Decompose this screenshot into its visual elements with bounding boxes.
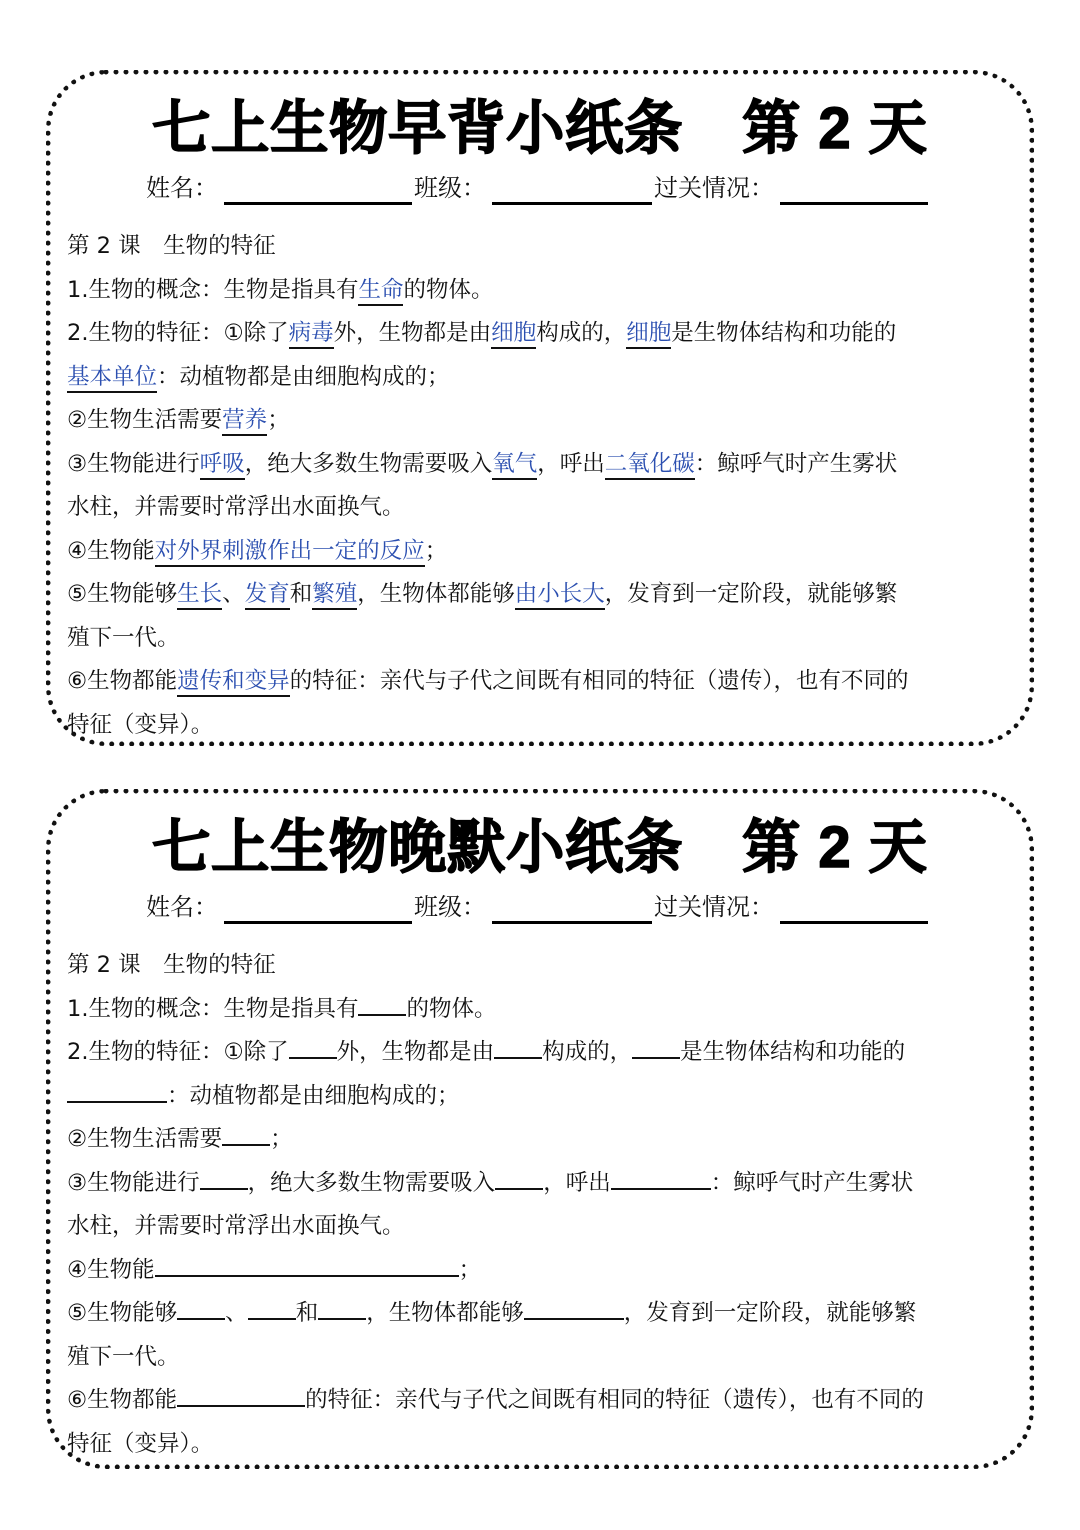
answer: 繁殖 <box>312 581 357 610</box>
evening-dictation-card: 七上生物晚默小纸条 第 2 天 姓名： 班级： 过关情况： 第 2 课 生物的特… <box>46 789 1034 1469</box>
answer: 对外界刺激作出一定的反应 <box>155 538 425 567</box>
text: ； <box>425 538 448 564</box>
morning-title: 七上生物早背小纸条 第 2 天 <box>51 89 1029 169</box>
text: ：动植物都是由细胞构成的； <box>157 364 450 390</box>
fill-blank[interactable] <box>177 1383 305 1407</box>
text: 1.生物的概念：生物是指具有 <box>67 277 358 303</box>
point-2-item-6-cont: 特征（变异）。 <box>67 704 1027 748</box>
fill-blank[interactable] <box>632 1035 680 1059</box>
text: 2.生物的特征：①除了 <box>67 320 289 346</box>
status-blank[interactable] <box>780 895 928 924</box>
text: 的特征：亲代与子代之间既有相同的特征（遗传），也有不同的 <box>305 1387 924 1413</box>
text: ④生物能 <box>67 538 155 564</box>
text: ； <box>459 1257 482 1283</box>
fill-blank[interactable] <box>611 1166 711 1190</box>
text: ，发育到一定阶段，就能够繁 <box>605 581 898 607</box>
fill-blank[interactable] <box>495 1166 543 1190</box>
answer: 遗传和变异 <box>177 668 290 697</box>
point-2-item-3: ③生物能进行，绝大多数生物需要吸入，呼出：鲸呼气时产生雾状 <box>67 1162 1027 1206</box>
status-blank[interactable] <box>780 176 928 205</box>
name-blank[interactable] <box>224 895 412 924</box>
class-blank[interactable] <box>492 895 652 924</box>
class-blank[interactable] <box>492 176 652 205</box>
point-2: 2.生物的特征：①除了病毒外，生物都是由细胞构成的，细胞是生物体结构和功能的 <box>67 312 1027 356</box>
text: ，生物体都能够 <box>357 581 515 607</box>
student-info-row: 姓名： 班级： 过关情况： <box>146 171 930 205</box>
evening-content: 第 2 课 生物的特征 1.生物的概念：生物是指具有的物体。 2.生物的特征：①… <box>67 944 1027 1466</box>
text: ； <box>267 407 290 433</box>
point-2-cont: 基本单位：动植物都是由细胞构成的； <box>67 356 1027 400</box>
answer: 呼吸 <box>200 451 245 480</box>
fill-blank[interactable] <box>67 1079 167 1103</box>
point-2-cont: ：动植物都是由细胞构成的； <box>67 1075 1027 1119</box>
point-2-item-3-cont: 水柱，并需要时常浮出水面换气。 <box>67 486 1027 530</box>
lesson-heading: 第 2 课 生物的特征 <box>67 944 1027 988</box>
text: ，呼出 <box>537 451 605 477</box>
fill-blank[interactable] <box>318 1296 366 1320</box>
fill-blank[interactable] <box>177 1296 225 1320</box>
class-label: 班级： <box>414 890 486 924</box>
text: 和 <box>290 581 313 607</box>
text: 的物体。 <box>403 277 493 303</box>
text: ，生物体都能够 <box>366 1300 524 1326</box>
point-2-item-6: ⑥生物都能的特征：亲代与子代之间既有相同的特征（遗传），也有不同的 <box>67 1379 1027 1423</box>
status-label: 过关情况： <box>654 890 774 924</box>
fill-blank[interactable] <box>155 1253 459 1277</box>
point-1: 1.生物的概念：生物是指具有生命的物体。 <box>67 269 1027 313</box>
text: ：动植物都是由细胞构成的； <box>167 1083 460 1109</box>
point-2-item-5: ⑤生物能够生长、发育和繁殖，生物体都能够由小长大，发育到一定阶段，就能够繁 <box>67 573 1027 617</box>
answer: 细胞 <box>491 320 536 349</box>
point-2-item-6: ⑥生物都能遗传和变异的特征：亲代与子代之间既有相同的特征（遗传），也有不同的 <box>67 660 1027 704</box>
text: ⑤生物能够 <box>67 581 177 607</box>
answer: 由小长大 <box>515 581 605 610</box>
text: ，发育到一定阶段，就能够繁 <box>624 1300 917 1326</box>
text: 外，生物都是由 <box>337 1039 495 1065</box>
answer: 生长 <box>177 581 222 610</box>
text: ，绝大多数生物需要吸入 <box>248 1170 496 1196</box>
text: ，绝大多数生物需要吸入 <box>245 451 493 477</box>
fill-blank[interactable] <box>358 992 406 1016</box>
point-2-item-4: ④生物能； <box>67 1249 1027 1293</box>
point-2: 2.生物的特征：①除了外，生物都是由构成的，是生物体结构和功能的 <box>67 1031 1027 1075</box>
text: ③生物能进行 <box>67 451 200 477</box>
lesson-heading: 第 2 课 生物的特征 <box>67 225 1027 269</box>
fill-blank[interactable] <box>248 1296 296 1320</box>
answer: 发育 <box>245 581 290 610</box>
name-label: 姓名： <box>146 171 218 205</box>
point-2-item-5-cont: 殖下一代。 <box>67 1336 1027 1380</box>
text: ⑥生物都能 <box>67 668 177 694</box>
answer: 氧气 <box>492 451 537 480</box>
point-2-item-3-cont: 水柱，并需要时常浮出水面换气。 <box>67 1205 1027 1249</box>
student-info-row: 姓名： 班级： 过关情况： <box>146 890 930 924</box>
fill-blank[interactable] <box>524 1296 624 1320</box>
text: ④生物能 <box>67 1257 155 1283</box>
text: 、 <box>222 581 245 607</box>
text: 的物体。 <box>406 996 496 1022</box>
text: ③生物能进行 <box>67 1170 200 1196</box>
answer: 生命 <box>358 277 403 306</box>
text: ②生物生活需要 <box>67 407 222 433</box>
text: 和 <box>296 1300 319 1326</box>
text: ：鲸呼气时产生雾状 <box>711 1170 914 1196</box>
text: 、 <box>225 1300 248 1326</box>
text: 构成的， <box>542 1039 632 1065</box>
point-2-item-5-cont: 殖下一代。 <box>67 617 1027 661</box>
fill-blank[interactable] <box>200 1166 248 1190</box>
fill-blank[interactable] <box>222 1122 270 1146</box>
answer: 营养 <box>222 407 267 436</box>
point-2-item-6-cont: 特征（变异）。 <box>67 1423 1027 1467</box>
point-2-item-2: ②生物生活需要营养； <box>67 399 1027 443</box>
morning-recitation-card: 七上生物早背小纸条 第 2 天 姓名： 班级： 过关情况： 第 2 课 生物的特… <box>46 70 1034 746</box>
answer: 病毒 <box>289 320 334 349</box>
text: ：鲸呼气时产生雾状 <box>695 451 898 477</box>
fill-blank[interactable] <box>289 1035 337 1059</box>
point-2-item-4: ④生物能对外界刺激作出一定的反应； <box>67 530 1027 574</box>
name-label: 姓名： <box>146 890 218 924</box>
text: 1.生物的概念：生物是指具有 <box>67 996 358 1022</box>
text: ⑥生物都能 <box>67 1387 177 1413</box>
text: 是生物体结构和功能的 <box>671 320 896 346</box>
point-2-item-2: ②生物生活需要； <box>67 1118 1027 1162</box>
point-1: 1.生物的概念：生物是指具有的物体。 <box>67 988 1027 1032</box>
name-blank[interactable] <box>224 176 412 205</box>
text: ②生物生活需要 <box>67 1126 222 1152</box>
text: ⑤生物能够 <box>67 1300 177 1326</box>
text: ，呼出 <box>543 1170 611 1196</box>
evening-title: 七上生物晚默小纸条 第 2 天 <box>51 808 1029 888</box>
answer: 基本单位 <box>67 364 157 393</box>
text: 是生物体结构和功能的 <box>680 1039 905 1065</box>
point-2-item-5: ⑤生物能够、和，生物体都能够，发育到一定阶段，就能够繁 <box>67 1292 1027 1336</box>
status-label: 过关情况： <box>654 171 774 205</box>
text: 外，生物都是由 <box>334 320 492 346</box>
point-2-item-3: ③生物能进行呼吸，绝大多数生物需要吸入氧气，呼出二氧化碳：鲸呼气时产生雾状 <box>67 443 1027 487</box>
text: 构成的， <box>536 320 626 346</box>
answer: 二氧化碳 <box>605 451 695 480</box>
text: 2.生物的特征：①除了 <box>67 1039 289 1065</box>
text: 的特征：亲代与子代之间既有相同的特征（遗传），也有不同的 <box>290 668 909 694</box>
morning-content: 第 2 课 生物的特征 1.生物的概念：生物是指具有生命的物体。 2.生物的特征… <box>67 225 1027 747</box>
text: ； <box>270 1126 293 1152</box>
answer: 细胞 <box>626 320 671 349</box>
class-label: 班级： <box>414 171 486 205</box>
fill-blank[interactable] <box>494 1035 542 1059</box>
